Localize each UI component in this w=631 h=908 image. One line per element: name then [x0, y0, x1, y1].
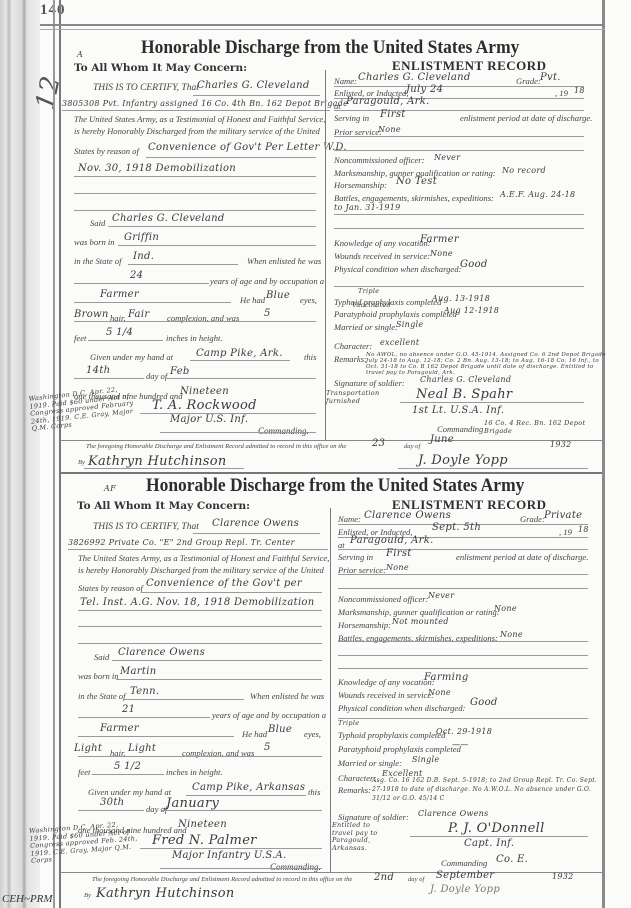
character: excellent	[380, 338, 419, 347]
vocation: Farmer	[420, 234, 459, 245]
underline	[193, 533, 320, 534]
year-prefix: , 19	[559, 527, 572, 537]
underline	[334, 150, 584, 151]
discharge-title: Honorable Discharge from the United Stat…	[146, 475, 524, 497]
record-day: 2nd	[374, 872, 394, 883]
soldier-name: Clarence Owens	[212, 518, 299, 529]
discharge-reason-line-2: Nov. 30, 1918 Demobilization	[78, 163, 236, 174]
born-label: was born in	[74, 237, 115, 247]
underline	[142, 592, 322, 593]
underline	[78, 756, 322, 757]
paratyphoid-date: ——	[452, 740, 469, 749]
serial-and-unit: 3826992 Private Co. "E" 2nd Group Repl. …	[68, 538, 295, 547]
prior-service: None	[386, 563, 409, 572]
soldier-signature: Charles G. Cleveland	[420, 375, 511, 384]
state-label: in the State of	[74, 256, 122, 266]
birth-state: Ind.	[133, 251, 154, 262]
signature-label: Signature of soldier:	[334, 378, 405, 388]
battles-line-1: None	[500, 630, 523, 639]
enlisted-year: 18	[574, 86, 585, 95]
salutation: To All Whom It May Concern:	[74, 62, 247, 74]
record-year: 1932	[552, 872, 574, 881]
by-label: By	[84, 892, 91, 899]
prior-service: None	[378, 125, 401, 134]
said-label: Said	[90, 218, 105, 228]
age-occupation-label: years of age and by occupation a	[212, 710, 326, 720]
underline	[78, 643, 322, 644]
underline	[74, 283, 209, 284]
grade-label: Grade:	[520, 514, 545, 524]
underline	[78, 626, 322, 627]
certify-label: THIS IS TO CERTIFY, That	[93, 522, 199, 532]
underline	[74, 193, 316, 194]
day-of-label: day of	[146, 804, 167, 814]
record-divider	[60, 440, 602, 441]
underline	[74, 378, 144, 379]
marital-status: Single	[396, 320, 423, 329]
reason-label: States by reason of	[78, 583, 143, 593]
age: 24	[130, 270, 143, 281]
grade-label: Grade:	[516, 76, 541, 86]
horsemanship: No Test	[396, 176, 437, 187]
born-label: was born in	[78, 671, 119, 681]
wounds: None	[428, 688, 451, 697]
record-day: 23	[372, 438, 385, 449]
birthplace: Griffin	[124, 232, 159, 243]
birth-state: Tenn.	[130, 686, 159, 697]
when-enlisted-label: When enlisted he was	[247, 256, 321, 266]
inches-label: inches in height.	[166, 333, 223, 343]
battles-line-2: to Jan. 31-1919	[334, 203, 401, 212]
underline	[78, 717, 210, 718]
serving-label: Serving in	[334, 113, 369, 123]
marksmanship-label: Marksmanship, gunner qualification or ra…	[338, 607, 500, 617]
given-year-word: Nineteen	[180, 386, 229, 397]
commanding-label-right: Commanding	[441, 858, 487, 868]
soldier-signature: Clarence Owens	[418, 809, 489, 818]
horsemanship-label: Horsemanship:	[334, 180, 387, 190]
record-day-of: day of	[404, 443, 420, 450]
enlisted-year: 18	[578, 525, 589, 534]
clerk-signature: J. Doyle Yopp	[418, 453, 508, 468]
paratyphoid-label: Paratyphoid prophylaxis completed	[338, 744, 461, 754]
underline	[146, 157, 316, 158]
underline	[124, 699, 244, 700]
underline	[68, 549, 328, 550]
record-divider-bottom	[60, 472, 602, 474]
serving-label: Serving in	[338, 552, 373, 562]
vocation-label: Knowledge of any vocation:	[338, 677, 435, 687]
underline	[338, 549, 588, 550]
occupation: Farmer	[100, 289, 139, 300]
physical-condition: Good	[470, 697, 498, 708]
margin-rule	[53, 0, 55, 908]
this-label: this	[308, 787, 320, 797]
wounds: None	[430, 249, 453, 258]
underline	[78, 810, 144, 811]
reason-label: States by reason of	[74, 146, 139, 156]
underline	[74, 176, 316, 177]
given-place: Camp Pike, Arkansas	[192, 782, 305, 793]
given-month: January	[166, 796, 219, 811]
physical-label: Physical condition when discharged:	[334, 264, 461, 274]
married-label: Married or single:	[334, 322, 398, 332]
record-divider	[60, 872, 602, 873]
enlisted-date: Sept. 5th	[432, 522, 481, 533]
married-label: Married or single:	[338, 758, 402, 768]
character-label: Character:	[338, 773, 376, 783]
underline	[128, 264, 238, 265]
underline	[78, 736, 234, 737]
height-feet: 5	[264, 308, 271, 319]
underline	[338, 641, 588, 642]
inches-label: inches in height.	[166, 767, 223, 777]
underline	[334, 214, 584, 215]
commanding-officer-signature: T. A. Rockwood	[152, 398, 257, 413]
underline	[74, 321, 316, 322]
marksmanship: None	[494, 604, 517, 613]
serial-and-unit: 3805308 Pvt. Infantry assigned 16 Co. 4t…	[62, 99, 348, 108]
nco-label: Noncommissioned officer:	[338, 594, 428, 604]
nco: Never	[428, 591, 454, 600]
underline	[74, 210, 316, 211]
record-marker: AF	[104, 484, 116, 493]
battles-line-1: A.E.F. Aug. 24-18	[500, 190, 575, 199]
height-feet: 5	[264, 742, 271, 753]
enlisted-at: Paragould, Ark.	[346, 96, 430, 107]
he-had-label: He had	[240, 295, 265, 305]
discharge-reason-line-2: Tel. Inst. A.G. Nov. 18, 1918 Demobiliza…	[80, 597, 315, 608]
complexion: Light	[128, 743, 156, 754]
clerk-signature: J. Doyle Yopp	[430, 884, 500, 895]
underline	[84, 468, 244, 469]
underline	[118, 245, 316, 246]
he-had-label: He had	[242, 729, 267, 739]
typhoid-note: Triple	[338, 720, 359, 728]
underline	[338, 655, 588, 656]
horsemanship-label: Horsemanship:	[338, 620, 391, 630]
feet-label: feet	[74, 333, 86, 343]
given-under-label: Given under my hand at	[90, 352, 173, 362]
given-year-word: Nineteen	[178, 819, 227, 830]
commanding-label: Commanding.	[258, 426, 309, 436]
enlistment-name: Charles G. Cleveland	[358, 72, 471, 83]
occupation: Farmer	[100, 723, 139, 734]
enlistment-officer-title: 1st Lt. U.S.A. Inf.	[412, 405, 504, 416]
commanding-officer-title: Major U.S. Inf.	[170, 414, 248, 425]
complexion: Fair	[128, 309, 149, 320]
horsemanship: Not mounted	[392, 617, 449, 626]
underline	[88, 340, 163, 341]
top-border-inner	[40, 29, 605, 30]
testimonial-line-1: The United States Army, as a Testimonial…	[74, 114, 325, 124]
certify-label: THIS IS TO CERTIFY, That	[93, 83, 199, 93]
record-day-of: day of	[408, 876, 424, 883]
soldier-name: Charles G. Cleveland	[197, 80, 310, 91]
remarks: No AWOL, no absence under G.O. 45-1914. …	[366, 352, 606, 376]
given-day: 30th	[100, 797, 124, 808]
day-of-label: day of	[146, 371, 167, 381]
underline	[160, 432, 316, 433]
transport-note: Transportation furnished	[326, 390, 386, 405]
enlistment-commanding-unit: 16 Co. 4 Rec. Bn. 162 Depot Brigade	[484, 420, 594, 435]
name-label: Name:	[334, 76, 357, 86]
marital-status: Single	[412, 755, 439, 764]
underline	[334, 110, 584, 111]
year-prefix: , 19	[555, 88, 568, 98]
state-label: in the State of	[78, 691, 126, 701]
this-label: this	[304, 352, 316, 362]
discharge-title: Honorable Discharge from the United Stat…	[141, 37, 519, 59]
enlistment-commanding-unit: Co. E.	[496, 854, 528, 865]
enlisted-date: July 24	[406, 84, 443, 95]
record-month: September	[436, 870, 494, 881]
marksmanship: No record	[502, 166, 546, 175]
feet-label: feet	[78, 767, 90, 777]
archive-watermark: CEH~PRM	[2, 893, 53, 905]
given-under-label: Given under my hand at	[88, 787, 171, 797]
underline	[334, 136, 584, 137]
remarks: Asg. Co. 16 162 D.B. Sept. 5-1918; to 2n…	[372, 776, 608, 803]
record-line-label: The foregoing Honorable Discharge and En…	[86, 443, 346, 450]
said-name: Clarence Owens	[118, 647, 205, 658]
physical-condition: Good	[460, 259, 488, 270]
name-label: Name:	[338, 514, 361, 524]
payment-margin-note: Washington D.C. Apr. 22, 1919. Paid $60 …	[28, 384, 141, 433]
grade: Pvt.	[540, 72, 561, 83]
commanding-officer-signature: Fred N. Palmer	[152, 833, 257, 848]
underline	[338, 668, 588, 669]
battles-label: Battles, engagements, skirmishes, expedi…	[334, 193, 494, 203]
travel-pay-note: Entitled to travel pay to Paragould, Ark…	[332, 822, 392, 852]
hair-color: Brown	[74, 309, 109, 320]
said-name: Charles G. Cleveland	[112, 213, 225, 224]
remarks-label: Remarks:	[334, 354, 367, 364]
age: 21	[122, 704, 135, 715]
underline	[193, 95, 320, 96]
underline	[338, 574, 588, 575]
salutation: To All Whom It May Concern:	[77, 500, 250, 512]
enlistment-officer-signature: Neal B. Spahr	[416, 387, 512, 402]
serving-suffix: enlistment period at date of discharge.	[460, 113, 592, 123]
given-day: 14th	[86, 365, 110, 376]
wounds-label: Wounds received in service:	[338, 690, 434, 700]
remarks-label: Remarks:	[338, 785, 371, 795]
underline	[160, 868, 322, 869]
underline	[116, 679, 322, 680]
underline	[108, 226, 316, 227]
eye-color: Blue	[268, 724, 292, 735]
hair-color: Light	[74, 743, 102, 754]
underline	[338, 588, 588, 589]
enlisted-at: Paragould, Ark.	[350, 535, 434, 546]
typhoid-date: Oct. 29-1918	[436, 727, 492, 736]
vocation-label: Knowledge of any vocation:	[334, 238, 431, 248]
testimonial-line-2: is hereby Honorably Discharged from the …	[74, 126, 320, 136]
underline	[400, 402, 584, 403]
margin-rule-inner	[59, 0, 61, 908]
age-occupation-label: years of age and by occupation a	[210, 276, 324, 286]
by-label: By	[78, 459, 85, 466]
enlistment-officer-signature: P. J. O'Donnell	[448, 821, 545, 836]
underline	[165, 378, 316, 379]
character-label: Character:	[334, 341, 372, 351]
underline	[74, 302, 231, 303]
paratyphoid-label: Paratyphoid prophylaxis completed	[334, 309, 457, 319]
eye-color: Blue	[266, 290, 290, 301]
typhoid-note: Triple	[358, 288, 379, 296]
typhoid-date: Aug. 13-1918	[432, 294, 490, 303]
record-marker: A	[77, 50, 83, 59]
serving-period: First	[386, 548, 412, 559]
book-binding-margin	[0, 0, 40, 908]
said-label: Said	[94, 652, 109, 662]
when-enlisted-label: When enlisted he was	[250, 691, 324, 701]
record-line-label: The foregoing Honorable Discharge and En…	[92, 876, 352, 883]
height-inches: 5 1/4	[106, 327, 133, 338]
underline	[162, 810, 322, 811]
top-border	[40, 24, 605, 26]
enlistment-name: Clarence Owens	[364, 510, 451, 521]
birthplace: Martin	[120, 666, 156, 677]
height-inches: 5 1/2	[114, 761, 141, 772]
commanding-officer-title: Major Infantry U.S.A.	[172, 850, 286, 861]
underline	[112, 660, 322, 661]
testimonial-line-1: The United States Army, as a Testimonial…	[78, 553, 329, 563]
underline	[334, 228, 584, 229]
nco-label: Noncommissioned officer:	[334, 155, 424, 165]
underline	[334, 86, 584, 87]
underline	[410, 836, 588, 837]
serving-suffix: enlistment period at date of discharge.	[456, 552, 588, 562]
physical-label: Physical condition when discharged:	[338, 703, 465, 713]
nco: Never	[434, 153, 460, 162]
testimonial-line-2: is hereby Honorably Discharged from the …	[78, 565, 324, 575]
given-place: Camp Pike, Ark.	[196, 348, 283, 359]
given-month: Feb	[170, 366, 190, 377]
commanding-label: Commanding.	[270, 862, 321, 872]
discharge-reason-line-1: Convenience of Gov't Per Letter W.D.	[148, 142, 347, 153]
discharge-reason-line-1: Convenience of the Gov't per	[146, 578, 302, 589]
record-month: June	[430, 434, 454, 445]
underline	[140, 848, 322, 849]
vocation: Farming	[424, 672, 469, 683]
grade: Private	[544, 510, 582, 521]
recorder-signature: Kathryn Hutchinson	[96, 886, 235, 901]
underline	[398, 468, 588, 469]
commanding-label-right: Commanding	[437, 424, 483, 434]
underline	[92, 774, 164, 775]
underline	[338, 718, 588, 719]
typhoid-label: Typhoid prophylaxis completed	[338, 730, 445, 740]
eyes-label: eyes,	[304, 729, 321, 739]
recorder-signature: Kathryn Hutchinson	[88, 454, 227, 469]
underline	[190, 360, 290, 361]
payment-margin-note: Washington D.C. Apr. 22, 1919. Paid $60 …	[29, 820, 143, 865]
enlistment-officer-title: Capt. Inf.	[464, 838, 514, 849]
record-year: 1932	[550, 440, 572, 449]
wounds-label: Wounds received in service:	[334, 251, 430, 261]
eyes-label: eyes,	[300, 295, 317, 305]
underline	[78, 610, 322, 611]
paratyphoid-date: Aug 12-1918	[444, 306, 499, 315]
serving-period: First	[380, 109, 406, 120]
underline	[62, 110, 330, 111]
